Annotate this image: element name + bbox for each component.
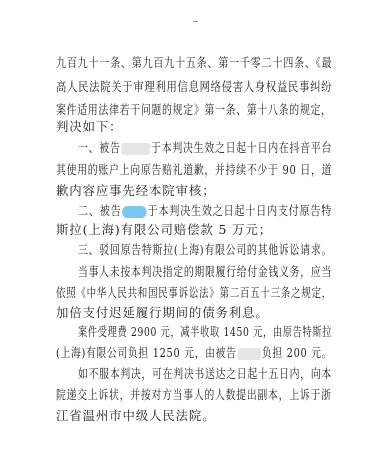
text-line: 斯拉(上海)有限公司赔偿款 5 万元； bbox=[56, 222, 332, 238]
text-line: 案件适用法律若干问题的规定》第一条、第十八条的规定， bbox=[56, 102, 276, 118]
text-line: 当事人未按本判决指定的期限履行给付金钱义务，应当 bbox=[78, 264, 280, 280]
fee-text: (上海)有限公司负担 1250 元，由被告 bbox=[56, 345, 237, 360]
judgment-item-3: 三、驳回原告特斯拉(上海)有限公司的其他诉讼请求。 bbox=[78, 242, 282, 258]
text-line: 歉内容应事先经本院审核； bbox=[56, 183, 332, 199]
text-line: 如不服本判决，可在判决书送达之日起十五日内，向本 bbox=[78, 366, 280, 382]
text-line: 江省温州市中级人民法院。 bbox=[56, 408, 332, 424]
item-prefix: 一、被告 bbox=[78, 140, 121, 155]
text-line: 其使用的账户上向原告赔礼道歉，并持续不少于 90 日，道 bbox=[56, 162, 276, 178]
text-line: 高人民法院关于审理利用信息网络侵害人身权益民事纠纷 bbox=[56, 79, 285, 95]
text-line: 加倍支付迟延履行期间的债务利息。 bbox=[56, 305, 332, 321]
fee-text: 负担 200 元。 bbox=[262, 345, 332, 360]
text-line: 依照《中华人民共和国民事诉讼法》第二百五十三条之规定， bbox=[56, 285, 268, 301]
redacted-defendant-name bbox=[122, 206, 147, 218]
judgment-item-1: 一、被告于本判决生效之日起十日内在抖音平台 bbox=[78, 140, 282, 156]
fee-line: (上海)有限公司负担 1250 元，由被告负担 200 元。 bbox=[56, 345, 274, 361]
item-text: 于本判决生效之日起十日内在抖音平台 bbox=[151, 140, 332, 155]
redacted-defendant-name bbox=[121, 143, 150, 155]
text-line: 院递交上诉状，并按对方当事人的人数提出副本，上诉于浙 bbox=[56, 387, 276, 403]
redacted-defendant-name bbox=[237, 348, 261, 360]
item-prefix: 二、被告 bbox=[78, 203, 121, 218]
text-line: 案件受理费 2900 元，减半收取 1450 元，由原告特斯拉 bbox=[78, 324, 267, 340]
page-mark bbox=[193, 21, 198, 22]
judgment-item-2: 二、被告于本判决生效之日起十日内支付原告特 bbox=[78, 203, 285, 219]
judgment-heading: 判决如下： bbox=[56, 119, 332, 135]
text-line: 九百九十一条、第九百九十五条、第一千零二十四条、《最 bbox=[56, 55, 281, 71]
item-text: 于本判决生效之日起十日内支付原告特 bbox=[148, 203, 333, 218]
